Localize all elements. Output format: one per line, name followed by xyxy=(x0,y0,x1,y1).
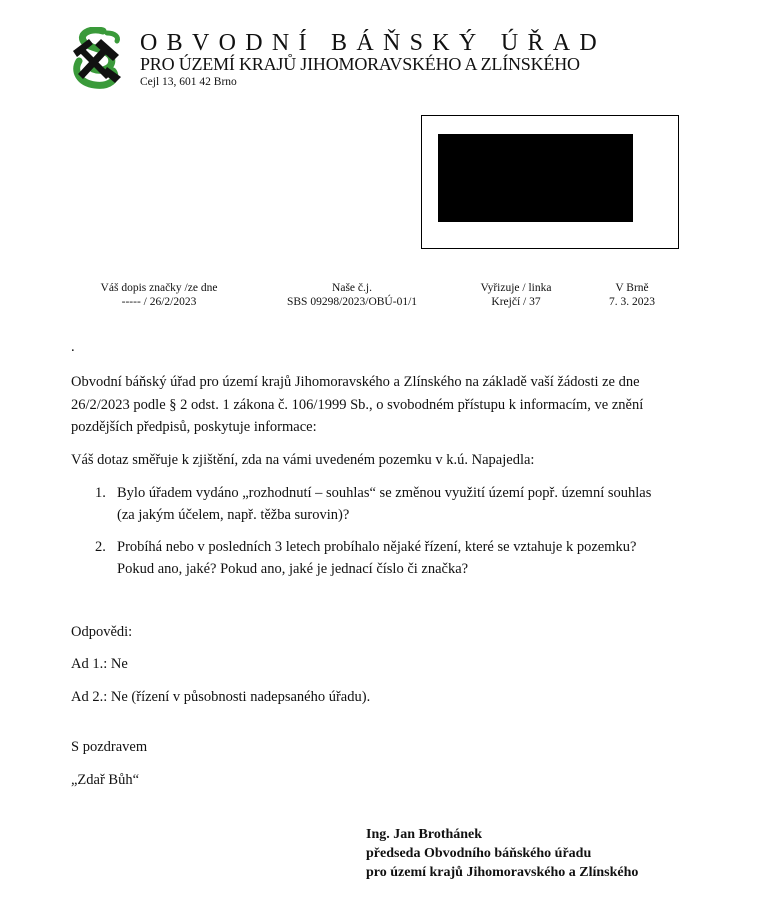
ref-label: Váš dopis značky /ze dne xyxy=(101,281,218,295)
ref-value: 7. 3. 2023 xyxy=(609,295,655,309)
ref-your-letter: Váš dopis značky /ze dne ----- / 26/2/20… xyxy=(101,281,218,309)
office-address: Cejl 13, 601 42 Brno xyxy=(140,75,237,89)
question-2-line-2: Pokud ano, jaké? Pokud ano, jaké je jedn… xyxy=(117,558,468,580)
ref-label: Naše č.j. xyxy=(287,281,417,295)
query-intro: Váš dotaz směřuje k zjištění, zda na vám… xyxy=(71,449,534,471)
intro-line-2: 26/2/2023 podle § 2 odst. 1 zákona č. 10… xyxy=(71,394,643,416)
signatory-role: předseda Obvodního báňského úřadu xyxy=(366,844,591,863)
mining-office-emblem-icon xyxy=(67,27,127,89)
office-title: OBVODNÍ BÁŇSKÝ ÚŘAD xyxy=(140,29,606,57)
intro-line-1: Obvodní báňský úřad pro území krajů Jiho… xyxy=(71,371,640,393)
redacted-recipient xyxy=(438,134,633,222)
question-1-line-2: (za jakým účelem, např. těžba surovin)? xyxy=(117,504,349,526)
stray-dot: . xyxy=(71,336,75,358)
question-1-number: 1. xyxy=(95,482,106,504)
ref-label: V Brně xyxy=(609,281,655,295)
ref-place-date: V Brně 7. 3. 2023 xyxy=(609,281,655,309)
ref-value: ----- / 26/2/2023 xyxy=(101,295,218,309)
signatory-region: pro území krajů Jihomoravského a Zlínské… xyxy=(366,863,638,882)
ref-our-number: Naše č.j. SBS 09298/2023/OBÚ-01/1 xyxy=(287,281,417,309)
intro-line-3: pozdějších předpisů, poskytuje informace… xyxy=(71,416,317,438)
miners-greeting: „Zdař Bůh“ xyxy=(71,769,139,791)
answers-heading: Odpovědi: xyxy=(71,621,132,643)
ref-handled-by: Vyřizuje / linka Krejčí / 37 xyxy=(481,281,552,309)
question-2-line-1: Probíhá nebo v posledních 3 letech probí… xyxy=(117,536,636,558)
closing: S pozdravem xyxy=(71,736,147,758)
ref-label: Vyřizuje / linka xyxy=(481,281,552,295)
answer-2: Ad 2.: Ne (řízení v působnosti nadepsané… xyxy=(71,686,370,708)
question-2-number: 2. xyxy=(95,536,106,558)
question-1-line-1: Bylo úřadem vydáno „rozhodnutí – souhlas… xyxy=(117,482,651,504)
ref-value: Krejčí / 37 xyxy=(481,295,552,309)
office-subtitle: PRO ÚZEMÍ KRAJŮ JIHOMORAVSKÉHO A ZLÍNSKÉ… xyxy=(140,54,580,74)
signatory-name: Ing. Jan Brothánek xyxy=(366,825,482,844)
answer-1: Ad 1.: Ne xyxy=(71,653,128,675)
ref-value: SBS 09298/2023/OBÚ-01/1 xyxy=(287,295,417,309)
